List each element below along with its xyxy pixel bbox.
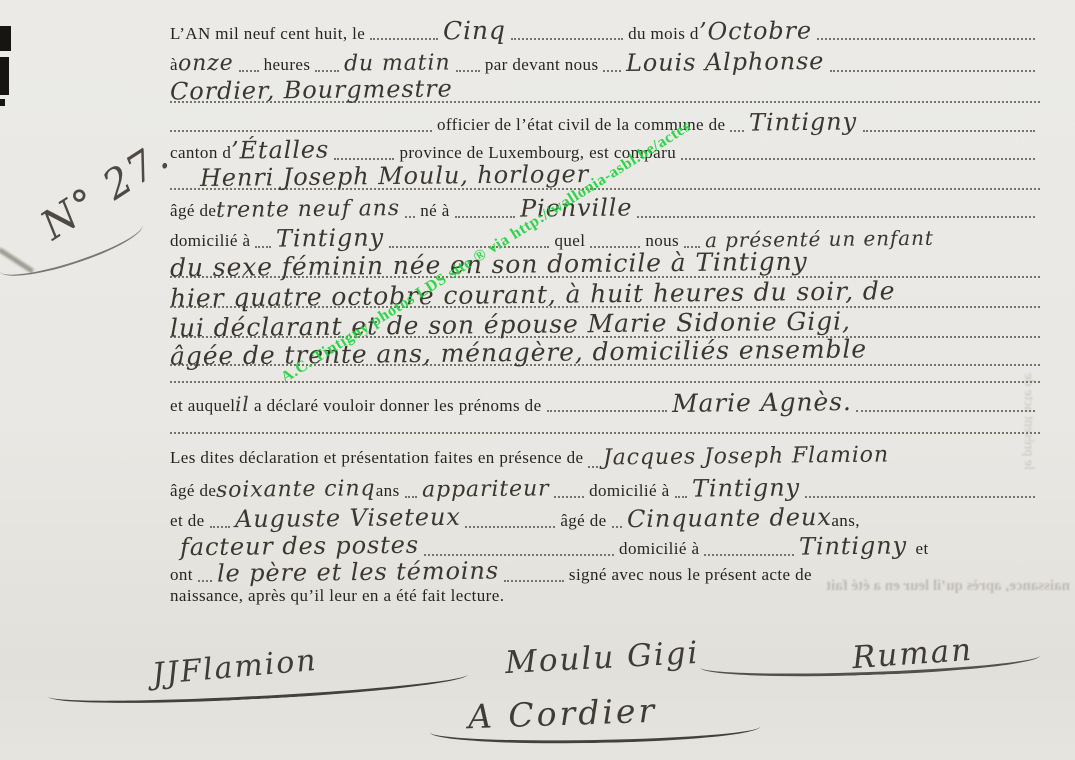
- bleedthrough-text: naissance, après qu’il leur en a été fai…: [690, 578, 1070, 595]
- dotted-leader: [704, 552, 794, 556]
- dotted-leader: [465, 524, 555, 528]
- bleedthrough-edge-text: le présent acte de: [1020, 373, 1036, 470]
- handwritten-entry: facteur des postes: [180, 531, 419, 562]
- handwritten-entry: Cinq: [443, 16, 506, 46]
- dotted-leader: [603, 68, 621, 72]
- handwritten-entry: Cinquante deux: [626, 503, 831, 533]
- dotted-leader: [198, 578, 212, 582]
- handwritten-entry: Cordier, Bourgmestre: [170, 75, 453, 106]
- handwritten-entry: Tintigny: [276, 223, 384, 252]
- dotted-leader: [681, 156, 1035, 160]
- dotted-leader: [255, 244, 271, 248]
- scan-edge-mark: [0, 26, 11, 51]
- dotted-leader: [170, 128, 432, 132]
- form-line-9: du sexe féminin née en son domicile à Ti…: [170, 250, 1040, 278]
- printed-text: et: [916, 539, 929, 559]
- dotted-leader: [612, 524, 622, 528]
- printed-text: heures: [264, 55, 311, 75]
- dotted-leader: [239, 68, 259, 72]
- dotted-leader: [210, 524, 230, 528]
- dotted-leader: [856, 408, 1035, 412]
- handwritten-entry: Henri Joseph Moulu, horloger: [200, 160, 589, 192]
- dotted-leader: [590, 244, 640, 248]
- form-line-16: et de Auguste Viseteux âgé de Cinquante …: [170, 504, 1040, 532]
- dotted-leader: [511, 36, 623, 40]
- scan-edge-mark: [0, 57, 9, 95]
- handwritten-entry: Jacques Joseph Flamion: [603, 443, 889, 471]
- form-line-15: âgé de soixante cinq ans appariteur domi…: [170, 474, 1040, 502]
- printed-text: ont: [170, 565, 193, 585]
- dotted-leader: [547, 408, 667, 412]
- form-line-7: âgé de trente neuf ans né à Pienville: [170, 194, 1040, 222]
- dotted-leader: [334, 156, 394, 160]
- handwritten-entry: Marie Agnès.: [671, 387, 851, 418]
- form-line-11: lui déclarant et de son épouse Marie Sid…: [170, 310, 1040, 338]
- dotted-leader: [315, 68, 339, 72]
- handwritten-entry: trente neuf ans: [216, 196, 400, 223]
- handwritten-entry: soixante cinq: [216, 476, 376, 503]
- dotted-rule: [170, 432, 1040, 434]
- dotted-leader: [370, 36, 438, 40]
- printed-text: ans: [376, 481, 400, 501]
- printed-text: âgé de: [170, 201, 216, 221]
- scanned-birth-record: N° 27. L’AN mil neuf cent huit, le Cinq …: [0, 0, 1075, 760]
- printed-text: âgé de: [560, 511, 606, 531]
- handwritten-entry: le père et les témoins: [217, 557, 499, 588]
- handwritten-entry: il: [235, 392, 250, 416]
- scan-edge-mark: [0, 99, 5, 106]
- printed-text: du mois d: [628, 24, 699, 44]
- form-line-2: à onze heures du matin par devant nous L…: [170, 48, 1040, 76]
- printed-text: à: [170, 55, 178, 75]
- handwritten-entry: ’Octobre: [699, 16, 812, 45]
- handwritten-entry: du matin: [344, 50, 451, 76]
- printed-text: domicilié à: [589, 481, 669, 501]
- printed-text: Les dites déclaration et présentation fa…: [170, 448, 583, 468]
- handwritten-entry: âgée de trente ans, ménagère, domiciliés…: [170, 334, 867, 370]
- signature-parents-moulu-gigi: Moulu Gigi: [504, 635, 700, 681]
- form-line-14: Les dites déclaration et présentation fa…: [170, 444, 1040, 472]
- form-line-13: et auquel il a déclaré vouloir donner le…: [170, 388, 1040, 416]
- form-line-5: canton d ’Étalles province de Luxembourg…: [170, 136, 1040, 164]
- handwritten-entry: appariteur: [421, 476, 549, 502]
- dotted-leader: [456, 68, 480, 72]
- dotted-leader: [424, 552, 614, 556]
- dotted-leader: [389, 244, 549, 248]
- printed-text: quel: [554, 231, 585, 251]
- printed-text: domicilié à: [170, 231, 250, 251]
- form-line-1: L’AN mil neuf cent huit, le Cinq du mois…: [170, 16, 1040, 44]
- printed-text: canton d: [170, 143, 231, 163]
- dotted-leader: [817, 36, 1035, 40]
- dotted-leader: [405, 494, 417, 498]
- printed-text: né à: [420, 201, 449, 221]
- dotted-leader: [730, 128, 744, 132]
- handwritten-entry: Tintigny: [691, 473, 799, 502]
- printed-text: par devant nous: [485, 55, 599, 75]
- printed-text: naissance, après qu’il leur en a été fai…: [170, 586, 504, 606]
- dotted-leader: [554, 494, 584, 498]
- printed-text: âgé de: [170, 481, 216, 501]
- handwritten-entry: onze: [178, 51, 234, 77]
- form-line-17: facteur des postes domicilié à Tintigny …: [170, 532, 1040, 560]
- handwritten-entry: Louis Alphonse: [626, 47, 825, 77]
- dotted-leader: [805, 494, 1035, 498]
- dotted-rule: [170, 381, 1040, 383]
- handwritten-entry: Auguste Viseteux: [234, 503, 460, 533]
- form-line-3: Cordier, Bourgmestre: [170, 76, 1040, 104]
- dotted-leader: [405, 214, 415, 218]
- printed-text: et auquel: [170, 396, 235, 416]
- handwritten-entry: Tintigny: [799, 531, 907, 560]
- dotted-leader: [830, 68, 1035, 72]
- dotted-leader: [675, 494, 687, 498]
- dotted-leader: [588, 464, 598, 468]
- dotted-leader: [504, 578, 564, 582]
- form-line-4: officier de l’état civil de la commune d…: [170, 108, 1040, 136]
- dotted-leader: [863, 128, 1036, 132]
- printed-text: a déclaré vouloir donner les prénoms de: [254, 396, 542, 416]
- printed-text: ans,: [831, 511, 860, 531]
- printed-text: et de: [170, 511, 205, 531]
- printed-text: domicilié à: [619, 539, 699, 559]
- dotted-leader: [637, 214, 1035, 218]
- form-line-10: hier quatre octobre courant, à huit heur…: [170, 280, 1040, 308]
- handwritten-entry: ’Étalles: [231, 135, 329, 164]
- dotted-leader: [455, 214, 515, 218]
- handwritten-entry: Tintigny: [749, 107, 857, 136]
- printed-text: L’AN mil neuf cent huit, le: [170, 24, 365, 44]
